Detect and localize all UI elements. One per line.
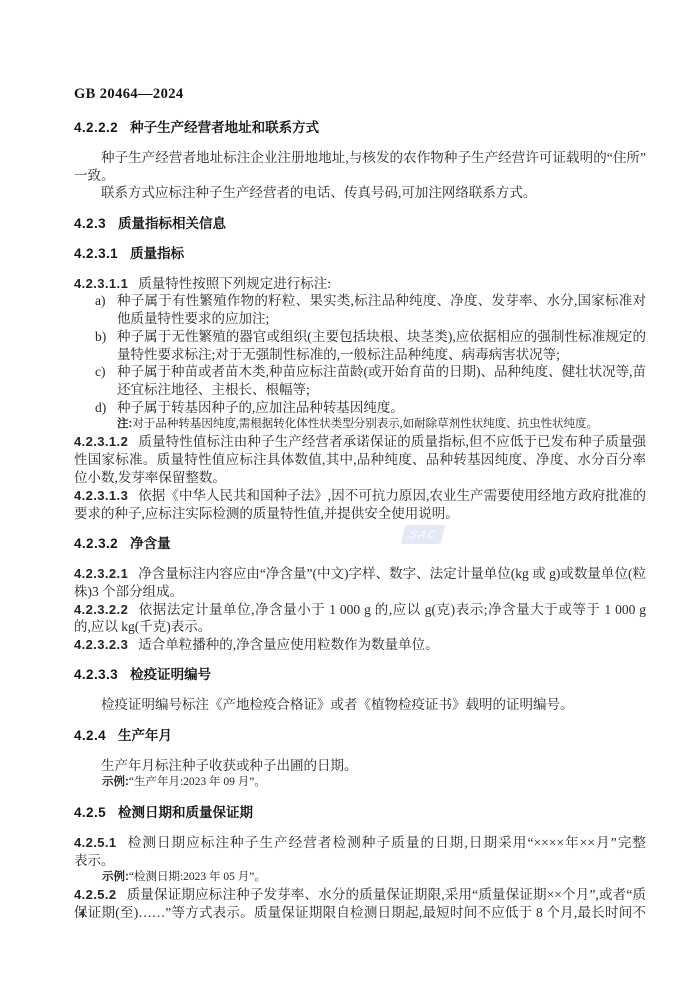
clause-number: 4.2.5.2: [74, 887, 117, 902]
text-line: 保证期(至)……”等方式表示。质量保证期限自检测日期起,最短时间不应低于 8 个…: [74, 904, 646, 922]
text-line: 4.2.3.2.2依据法定计量单位,净含量小于 1 000 g 的,应以 g(克…: [74, 601, 646, 619]
clause-text: 质量特性值标注由种子生产经营者承诺保证的质量指标,但不应低于已发布种子质量强制: [74, 434, 646, 451]
paragraph: 检疫证明编号标注《产地检疫合格证》或者《植物检疫证书》载明的证明编号。: [74, 696, 646, 714]
heading-title: 质量指标相关信息: [118, 216, 226, 231]
example: 示例:“检测日期:2023 年 05 月”。: [102, 869, 646, 886]
example: 示例:“生产年月:2023 年 09 月”。: [102, 774, 646, 791]
list-item: a)种子属于有性繁殖作物的籽粒、果实类,标注品种纯度、净度、发芽率、水分,国家标…: [74, 292, 646, 328]
clause-number: 4.2.3.1.1: [74, 276, 128, 291]
text-line: 种子属于种苗或者苗木类,种苗应标注苗龄(或开始育苗的日期)、品种纯度、健壮状况等…: [117, 363, 646, 381]
heading-number: 4.2.4: [74, 728, 106, 743]
text-line: 位小数,发芽率保留整数。: [74, 469, 646, 487]
note-label: 注:: [117, 418, 132, 430]
numbered-clause: 4.2.5.1检测日期应标注种子生产经营者检测种子质量的日期,日期采用“××××…: [74, 834, 646, 869]
heading-number: 4.2.5: [74, 805, 106, 820]
section-heading: 4.2.3.2净含量: [74, 536, 646, 552]
document-page: GB 20464—2024 4.2.2.2种子生产经营者地址和联系方式种子生产经…: [0, 0, 700, 990]
text-line: 种子属于无性繁殖的器官或组织(主要包括块根、块茎类),应依据相应的强制性标准规定…: [117, 328, 646, 346]
clause-text: 质量特性按照下列规定进行标注:: [138, 276, 331, 291]
section-heading: 4.2.3.3检疫证明编号: [74, 667, 646, 683]
heading-title: 净含量: [130, 536, 171, 551]
list-item-label: c): [95, 363, 106, 381]
numbered-clause: 4.2.3.2.2依据法定计量单位,净含量小于 1 000 g 的,应以 g(克…: [74, 601, 646, 636]
text-line: 的,应以 kg(千克)表示。: [74, 618, 646, 636]
standard-number: GB 20464—2024: [74, 86, 646, 102]
page-number: 4: [79, 906, 85, 921]
heading-number: 4.2.3: [74, 216, 106, 231]
list-item: d)种子属于转基因种子的,应加注品种转基因纯度。: [74, 399, 646, 417]
text-line: 联系方式应标注种子生产经营者的电话、传真号码,可加注网络联系方式。: [74, 184, 646, 202]
text-line: 4.2.5.2质量保证期应标注种子发芽率、水分的质量保证期限,采用“质量保证期×…: [74, 886, 646, 904]
numbered-clause: 4.2.3.1.1质量特性按照下列规定进行标注:: [74, 275, 646, 293]
list-item: c)种子属于种苗或者苗木类,种苗应标注苗龄(或开始育苗的日期)、品种纯度、健壮状…: [74, 363, 646, 399]
list-item-label: a): [95, 292, 106, 310]
text-line: 量特性要求标注;对于无强制性标准的,一般标注品种纯度、病毒病害状况等;: [117, 346, 646, 364]
numbered-clause: 4.2.3.1.2质量特性值标注由种子生产经营者承诺保证的质量指标,但不应低于已…: [74, 433, 646, 487]
clause-text: 依据《中华人民共和国种子法》,因不可抗力原因,农业生产需要使用经地方政府批准的质…: [74, 488, 646, 505]
section-heading: 4.2.4生产年月: [74, 728, 646, 744]
text-line: 株)3 个部分组成。: [74, 583, 646, 601]
list-item-label: d): [95, 399, 106, 417]
sac-watermark-icon: SAC: [401, 525, 446, 544]
text-line: 表示。: [74, 852, 646, 870]
clause-number: 4.2.3.2.1: [74, 566, 128, 581]
heading-number: 4.2.3.2: [74, 536, 118, 551]
heading-number: 4.2.2.2: [74, 120, 118, 135]
example-text: “生产年月:2023 年 09 月”。: [129, 776, 266, 788]
text-line: 生产年月标注种子收获或种子出圃的日期。: [74, 757, 646, 775]
text-line: 4.2.3.1.1质量特性按照下列规定进行标注:: [74, 275, 646, 293]
heading-title: 生产年月: [118, 728, 172, 743]
heading-title: 种子生产经营者地址和联系方式: [130, 120, 319, 135]
text-line: 4.2.3.1.3依据《中华人民共和国种子法》,因不可抗力原因,农业生产需要使用…: [74, 487, 646, 505]
numbered-clause: 4.2.3.2.3适合单粒播种的,净含量应使用粒数作为数量单位。: [74, 636, 646, 654]
clause-number: 4.2.3.1.3: [74, 488, 128, 503]
text-line: 种子生产经营者地址标注企业注册地地址,与核发的农作物种子生产经营许可证载明的“住…: [74, 149, 646, 167]
heading-number: 4.2.3.1: [74, 246, 118, 261]
clause-text: 适合单粒播种的,净含量应使用粒数作为数量单位。: [138, 637, 438, 652]
text-line: 他质量特性要求的应加注;: [117, 310, 646, 328]
numbered-clause: 4.2.3.1.3依据《中华人民共和国种子法》,因不可抗力原因,农业生产需要使用…: [74, 487, 646, 523]
clause-number: 4.2.3.2.3: [74, 637, 128, 652]
section-heading: 4.2.3.1质量指标: [74, 246, 646, 262]
paragraph: 联系方式应标注种子生产经营者的电话、传真号码,可加注网络联系方式。: [74, 184, 646, 202]
text-line: 还宜标注地径、主根长、根幅等;: [117, 381, 646, 399]
note-text: 对于品种转基因纯度,需根据转化体性状类型分别表示,如耐除草剂性状纯度、抗虫性状纯…: [132, 418, 598, 430]
list-item-label: b): [95, 328, 106, 346]
text-line: 种子属于转基因种子的,应加注品种转基因纯度。: [117, 399, 646, 417]
text-line: 4.2.3.2.3适合单粒播种的,净含量应使用粒数作为数量单位。: [74, 636, 646, 654]
text-line: 要求的种子,应标注实际检测的质量特性值,并提供安全使用说明。: [74, 505, 646, 523]
section-heading: 4.2.5检测日期和质量保证期: [74, 805, 646, 821]
text-line: 4.2.3.1.2质量特性值标注由种子生产经营者承诺保证的质量指标,但不应低于已…: [74, 433, 646, 451]
heading-number: 4.2.3.3: [74, 667, 118, 682]
text-line: 一致。: [74, 167, 646, 185]
text-line: 4.2.3.2.1净含量标注内容应由“净含量”(中文)字样、数字、法定计量单位(…: [74, 565, 646, 583]
numbered-clause: 4.2.5.2质量保证期应标注种子发芽率、水分的质量保证期限,采用“质量保证期×…: [74, 886, 646, 922]
heading-title: 检测日期和质量保证期: [118, 805, 253, 820]
clause-text: 质量保证期应标注种子发芽率、水分的质量保证期限,采用“质量保证期××个月”,或者…: [74, 887, 646, 904]
example-label: 示例:: [102, 871, 129, 883]
clause-text: 依据法定计量单位,净含量小于 1 000 g 的,应以 g(克)表示;净含量大于…: [138, 602, 646, 617]
note: 注:对于品种转基因纯度,需根据转化体性状类型分别表示,如耐除草剂性状纯度、抗虫性…: [117, 416, 646, 433]
paragraph: 种子生产经营者地址标注企业注册地地址,与核发的农作物种子生产经营许可证载明的“住…: [74, 149, 646, 184]
clause-text: 净含量标注内容应由“净含量”(中文)字样、数字、法定计量单位(kg 或 g)或数…: [74, 566, 646, 583]
heading-title: 质量指标: [130, 246, 184, 261]
example-text: “检测日期:2023 年 05 月”。: [129, 871, 266, 883]
clause-text: 检测日期应标注种子生产经营者检测种子质量的日期,日期采用“××××年××月”完整: [127, 835, 646, 850]
sac-watermark-label: SAC: [408, 529, 437, 541]
paragraph: 生产年月标注种子收获或种子出圃的日期。: [74, 757, 646, 775]
section-heading: 4.2.3质量指标相关信息: [74, 216, 646, 232]
clause-number: 4.2.3.2.2: [74, 602, 128, 617]
text-line: 种子属于有性繁殖作物的籽粒、果实类,标注品种纯度、净度、发芽率、水分,国家标准对…: [117, 292, 646, 310]
text-line: 性国家标准。质量特性值应标注具体数值,其中,品种纯度、品种转基因纯度、净度、水分…: [74, 451, 646, 469]
document-content: 4.2.2.2种子生产经营者地址和联系方式种子生产经营者地址标注企业注册地地址,…: [74, 120, 646, 922]
text-line: 4.2.5.1检测日期应标注种子生产经营者检测种子质量的日期,日期采用“××××…: [74, 834, 646, 852]
list-item: b)种子属于无性繁殖的器官或组织(主要包括块根、块茎类),应依据相应的强制性标准…: [74, 328, 646, 364]
clause-number: 4.2.5.1: [74, 835, 117, 850]
section-heading: 4.2.2.2种子生产经营者地址和联系方式: [74, 120, 646, 136]
heading-title: 检疫证明编号: [130, 667, 211, 682]
text-line: 检疫证明编号标注《产地检疫合格证》或者《植物检疫证书》载明的证明编号。: [74, 696, 646, 714]
numbered-clause: 4.2.3.2.1净含量标注内容应由“净含量”(中文)字样、数字、法定计量单位(…: [74, 565, 646, 601]
clause-number: 4.2.3.1.2: [74, 434, 128, 449]
example-label: 示例:: [102, 776, 129, 788]
